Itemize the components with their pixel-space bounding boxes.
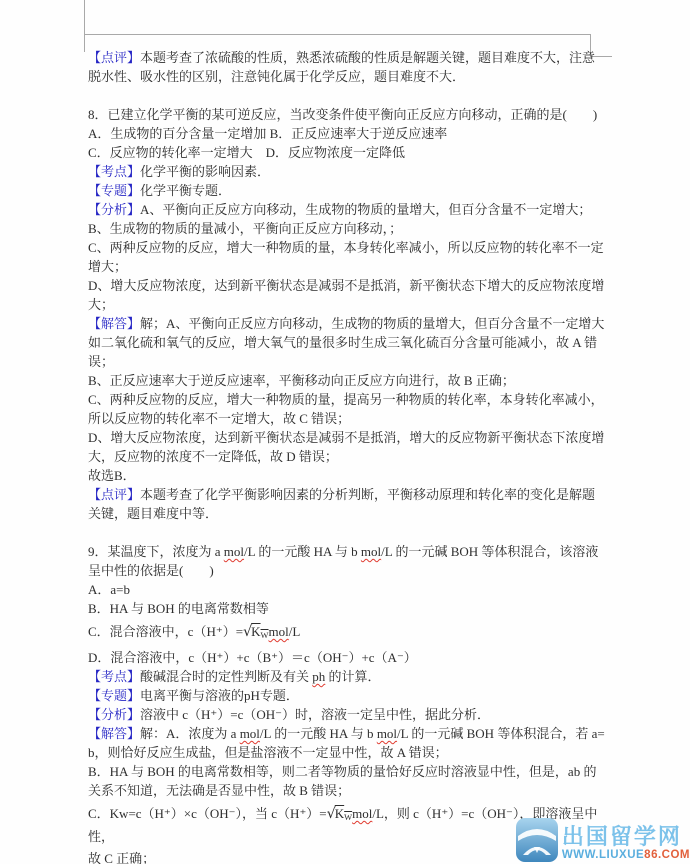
q8-fenxi-d: D、增大反应物浓度，达到新平衡状态是减弱不是抵消，新平衡状态下增大的反应物浓度增…	[88, 276, 608, 314]
watermark-site-url: WWW.LIUXUE86.COM	[562, 850, 690, 862]
watermark-text: 出国留学网 WWW.LIUXUE86.COM	[562, 826, 690, 864]
q8-answer: 故选B．	[88, 466, 608, 485]
page-border-segment	[84, 34, 591, 35]
q7-comment: 【点评】本题考查了浓硫酸的性质，熟悉浓硫酸的性质是解题关键，题目难度不大，注意脱…	[88, 48, 608, 86]
watermark-url-orange: 86.COM	[644, 849, 690, 861]
q8-zhuanti: 【专题】化学平衡专题．	[88, 181, 608, 200]
q8-options-cd: C．反应物的转化率一定增大 D．反应物浓度一定降低	[88, 143, 608, 162]
q8-fenxi-a: 【分析】A、平衡向正反应方向移动，生成物的物质的量增大，但百分含量不一定增大；	[88, 200, 608, 219]
q8-jieda-a: 【解答】解；A、平衡向正反应方向移动，生成物的物质的量增大，但百分含量不一定增大…	[88, 314, 608, 371]
q9-jieda-b: B．HA 与 BOH 的电离常数相等，则二者等物质的量恰好反应时溶液显中性，但是…	[88, 762, 608, 800]
liuxue86-watermark: 出国留学网 WWW.LIUXUE86.COM	[515, 817, 690, 863]
document-body: 【点评】本题考查了浓硫酸的性质，熟悉浓硫酸的性质是解题关键，题目难度不大，注意脱…	[88, 48, 608, 864]
q8-jieda-c: C、两种反应物的反应，增大一种物质的量，提高另一种物质的转化率，本身转化率减小，…	[88, 390, 608, 428]
q9-option-a: A．a=b	[88, 580, 608, 599]
spacer	[88, 86, 608, 105]
q9-kaodian: 【考点】酸碱混合时的定性判断及有关 ph 的计算．	[88, 667, 608, 686]
q8-kaodian: 【考点】化学平衡的影响因素．	[88, 162, 608, 181]
liuxue86-logo-icon	[515, 817, 559, 863]
q9-option-d: D．混合溶液中，c（H⁺）+c（B⁺）＝c（OH⁻）+c（A⁻）	[88, 648, 608, 667]
q9-option-c: C．混合溶液中，c（H⁺）=√KWmol/L	[88, 618, 608, 648]
q9-option-b: B．HA 与 BOH 的电离常数相等	[88, 599, 608, 618]
watermark-site-name: 出国留学网	[562, 826, 682, 848]
q8-jieda-d: D、增大反应物浓度，达到新平衡状态是减弱不是抵消，增大的反应物新平衡状态下浓度增…	[88, 428, 608, 466]
page-border-segment	[84, 0, 85, 52]
q8-jieda-b: B、正反应速率大于逆反应速率，平衡移动向正反应方向进行，故 B 正确；	[88, 371, 608, 390]
spacer	[88, 523, 608, 542]
question-9: 9．某温度下，浓度为 a mol/L 的一元酸 HA 与 b mol/L 的一元…	[88, 542, 608, 580]
q9-jieda-a: 【解答】解：A．浓度为 a mol/L 的一元酸 HA 与 b mol/L 的一…	[88, 724, 608, 762]
watermark-url-blue: WWW.LIUXUE	[562, 849, 644, 861]
q9-fenxi: 【分析】溶液中 c（H⁺）=c（OH⁻）时，溶液一定呈中性，据此分析．	[88, 705, 608, 724]
q9-zhuanti: 【专题】电离平衡与溶液的pH专题．	[88, 686, 608, 705]
document-page: 【点评】本题考查了浓硫酸的性质，熟悉浓硫酸的性质是解题关键，题目难度不大，注意脱…	[0, 0, 690, 864]
q8-comment: 【点评】本题考查了化学平衡影响因素的分析判断，平衡移动原理和转化率的变化是解题关…	[88, 485, 608, 523]
question-8: 8．已建立化学平衡的某可逆反应，当改变条件使平衡向正反应方向移动，正确的是( )	[88, 105, 608, 124]
q8-options-ab: A．生成物的百分含量一定增加 B．正反应速率大于逆反应速率	[88, 124, 608, 143]
q8-fenxi-c: C、两种反应物的反应，增大一种物质的量，本身转化率减小，所以反应物的转化率不一定…	[88, 238, 608, 276]
q8-fenxi-b: B、生成物的物质的量减小，平衡向正反应方向移动，；	[88, 219, 608, 238]
